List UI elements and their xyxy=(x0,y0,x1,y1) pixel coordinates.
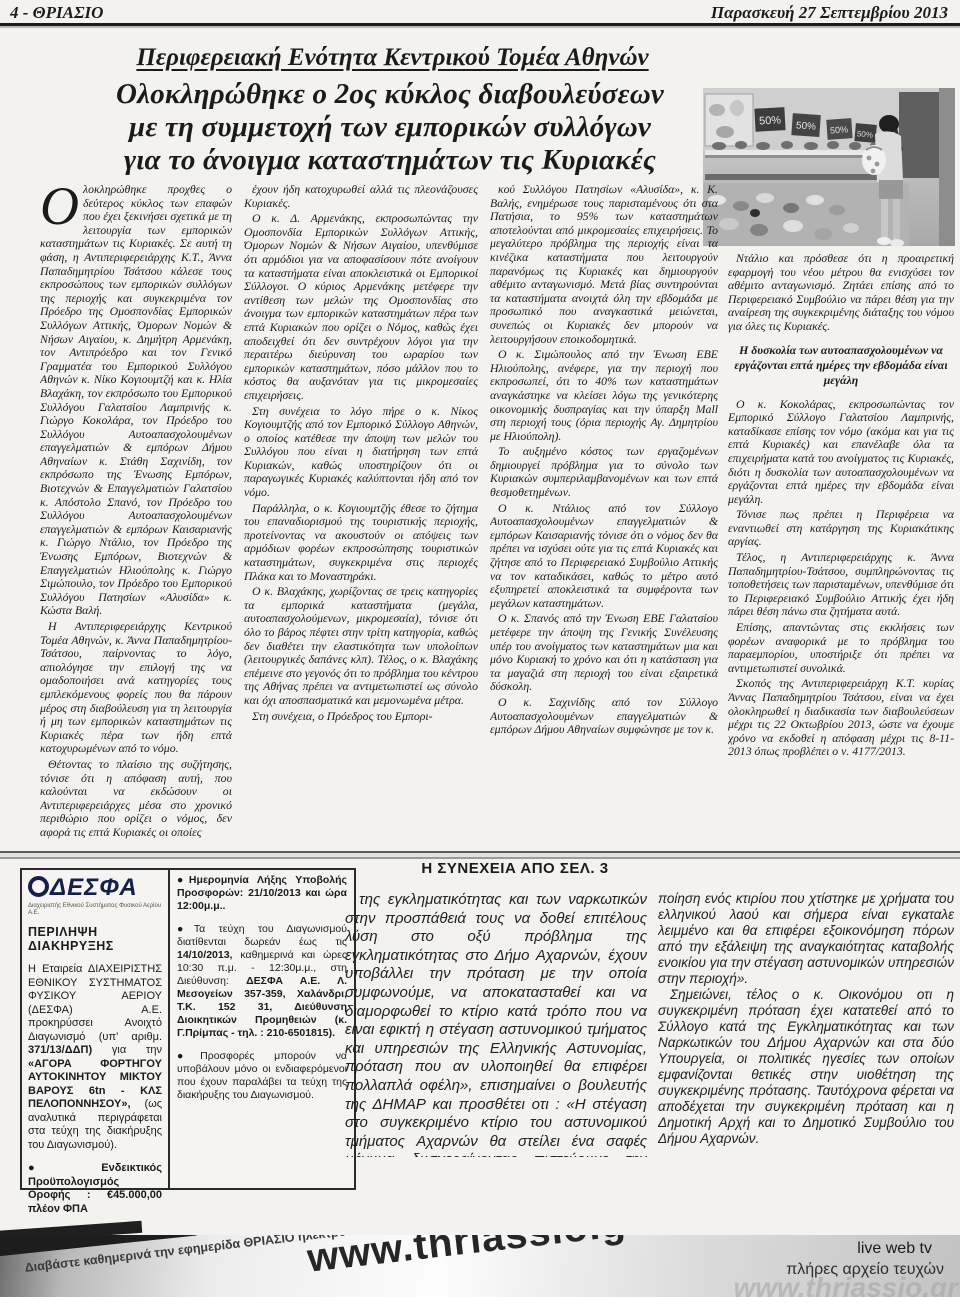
article-headline: Ολοκληρώθηκε ο 2ος κύκλος διαβουλεύσεων … xyxy=(80,78,700,177)
headline-line: για το άνοιγμα καταστημάτων τις Κυριακές xyxy=(124,144,656,176)
paragraph: ποίηση ενός κτιρίου που χτίστηκε με χρήμ… xyxy=(658,891,954,987)
sale-sign: 50% xyxy=(754,107,785,132)
masthead-rule xyxy=(0,23,960,26)
ad-bullet: ●Προσφορές μπορούν να υποβάλουν μόνο οι … xyxy=(177,1050,347,1102)
issue-date: Παρασκευή 27 Σεπτεμβρίου 2013 xyxy=(711,3,948,23)
page-number: 4 - ΘΡΙΑΣΙΟ xyxy=(10,3,103,23)
banner-url-watermark: www.thriassio.gr xyxy=(733,1272,958,1297)
ad-bullet: ●Τα τεύχη του Διαγωνισμού διατίθενται δω… xyxy=(177,923,347,1040)
paragraph: Θέτοντας το πλαίσιο της συζήτησης, τόνισ… xyxy=(40,758,232,840)
paragraph: Επίσης, απαντώντας στις εκκλήσεις των φο… xyxy=(728,621,954,675)
paragraph: Ο κ. Δ. Αρμενάκης, εκπροσωπώντας την Ομο… xyxy=(244,212,478,402)
ad-title: ΠΕΡΙΛΗΨΗ ΔΙΑΚΗΡΥΞΗΣ xyxy=(28,925,162,953)
store-photo-illustration: 50% 50% 50% 50% xyxy=(703,88,955,246)
paragraph: Τόνισε πως πρέπει η Περιφέρεια να εναντι… xyxy=(728,508,954,549)
paragraph: έχουν ήδη κατοχυρωθεί αλλά τις πλεονάζου… xyxy=(244,183,478,210)
svg-text:50%: 50% xyxy=(759,114,782,127)
article-subhead: Η δυσκολία των αυτοαπασχολουμένων να εργ… xyxy=(732,343,950,389)
article-column-1: Ολοκληρώθηκε προχθες ο δεύτερος κύκλος τ… xyxy=(40,183,232,849)
paragraph: Ο κ. Ντάλιος από τον Σύλλογο Αυτοαπασχολ… xyxy=(490,502,718,611)
newspaper-page: 4 - ΘΡΙΑΣΙΟ Παρασκευή 27 Σεπτεμβρίου 201… xyxy=(0,0,960,1297)
paragraph: Σκοπός της Αντιπεριφερειάρχη Κ.Τ. κυρίας… xyxy=(728,677,954,759)
article-column-4: Ντάλιο και πρόσθεσε ότι η προαιρετική εφ… xyxy=(728,252,954,849)
ad-bullet: ●Ημερομηνία Λήξης Υποβολής Προσφορών: 21… xyxy=(177,874,347,913)
headline-line: Ολοκληρώθηκε ο 2ος κύκλος διαβουλεύσεων xyxy=(116,78,664,110)
section-divider xyxy=(0,851,960,859)
article-column-3: κού Συλλόγου Πατησίων «Αλυσίδα», κ. Κ. Β… xyxy=(490,183,718,849)
desfa-ad-left-column: ΔΕΣΦΑ Διαχειριστής Εθνικού Συστήματος Φυ… xyxy=(22,870,168,1188)
desfa-ad: ΔΕΣΦΑ Διαχειριστής Εθνικού Συστήματος Φυ… xyxy=(20,868,356,1190)
paragraph: Ο κ. Βλαχάκης, χωρίζοντας σε τρεις κατηγ… xyxy=(244,585,478,707)
paragraph: Ο κ. Κοκολάρας, εκπροσωπώντας τον Εμπορι… xyxy=(728,398,954,507)
svg-text:50%: 50% xyxy=(830,124,849,135)
desfa-logo: ΔΕΣΦΑ xyxy=(28,874,162,902)
continuation-column-left: της εγκληματικότητας και των ναρκωτικών … xyxy=(345,891,647,1157)
ad-budget: ● Ενδεικτικός Προϋπολογισμός Οροφής : €4… xyxy=(28,1162,162,1216)
store-photo: 50% 50% 50% 50% xyxy=(703,88,955,246)
desfa-logo-icon xyxy=(28,876,49,897)
paragraph: Ο κ. Σπανός από την Ένωση ΕΒΕ Γαλατσίου … xyxy=(490,612,718,694)
article-column-2: έχουν ήδη κατοχυρωθεί αλλά τις πλεονάζου… xyxy=(244,183,478,849)
drop-cap: Ο xyxy=(40,183,83,227)
banner-live-web-tv: live web tv xyxy=(857,1240,932,1258)
paragraph: Ολοκληρώθηκε προχθες ο δεύτερος κύκλος τ… xyxy=(40,183,232,618)
headline-line: με τη συμμετοχή των εμπορικών συλλόγων xyxy=(129,111,651,143)
paragraph: Τέλος, η Αντιπεριφερειάρχης κ. Άννα Παπα… xyxy=(728,551,954,619)
paragraph: Η Αντιπεριφερειάρχης Κεντρικού Τομέα Αθη… xyxy=(40,620,232,756)
article-kicker: Περιφερειακή Ενότητα Κεντρικού Τομέα Αθη… xyxy=(90,44,695,72)
sale-sign: 50% xyxy=(854,123,876,143)
website-banner: Διαβάστε καθημερινά την εφημερίδα ΘΡΙΑΣΙ… xyxy=(0,1235,960,1297)
paragraph: Παράλληλα, ο κ. Κογιουμτζής έθεσε το ζήτ… xyxy=(244,502,478,584)
paragraph: κού Συλλόγου Πατησίων «Αλυσίδα», κ. Κ. Β… xyxy=(490,183,718,346)
sale-sign: 50% xyxy=(826,118,852,140)
paragraph: Ο κ. Σιμώπουλος από την Ένωση ΕΒΕ Ηλιούπ… xyxy=(490,348,718,443)
paragraph: της εγκληματικότητας και των ναρκωτικών … xyxy=(345,891,647,1157)
desfa-ad-right-column: ●Ημερομηνία Λήξης Υποβολής Προσφορών: 21… xyxy=(168,870,354,1188)
paragraph: Ντάλιο και πρόσθεσε ότι η προαιρετική εφ… xyxy=(728,252,954,334)
continuation-column-right: ποίηση ενός κτιρίου που χτίστηκε με χρήμ… xyxy=(658,891,954,1213)
paragraph: Σημειώνει, τέλος ο κ. Οικονόμου οτι η συ… xyxy=(658,987,954,1147)
desfa-logo-subtitle: Διαχειριστής Εθνικού Συστήματος Φυσικού … xyxy=(28,903,162,917)
ad-paragraph: Η Εταιρεία ΔΙΑΧΕΙΡΙΣΤΗΣ ΕΘΝΙΚΟΥ ΣΥΣΤΗΜΑΤ… xyxy=(28,963,162,1152)
paragraph: Το αυξημένο κόστος των εργαζομένων δημιο… xyxy=(490,445,718,499)
continuation-heading: Η ΣΥΝΕΧΕΙΑ ΑΠΟ ΣΕΛ. 3 xyxy=(345,860,685,877)
svg-text:50%: 50% xyxy=(796,120,817,132)
paragraph: Στη συνέχεια το λόγο πήρε ο κ. Νίκος Κογ… xyxy=(244,405,478,500)
svg-text:50%: 50% xyxy=(857,129,874,139)
sale-sign: 50% xyxy=(791,113,820,137)
paragraph: Ο κ. Σαχινίδης από τον Σύλλογο Αυτοαπασχ… xyxy=(490,696,718,737)
paragraph: Στη συνέχεια, ο Πρόεδρος του Εμπορι- xyxy=(244,710,478,724)
banner-url: www.thriassio.gr xyxy=(305,1235,645,1282)
